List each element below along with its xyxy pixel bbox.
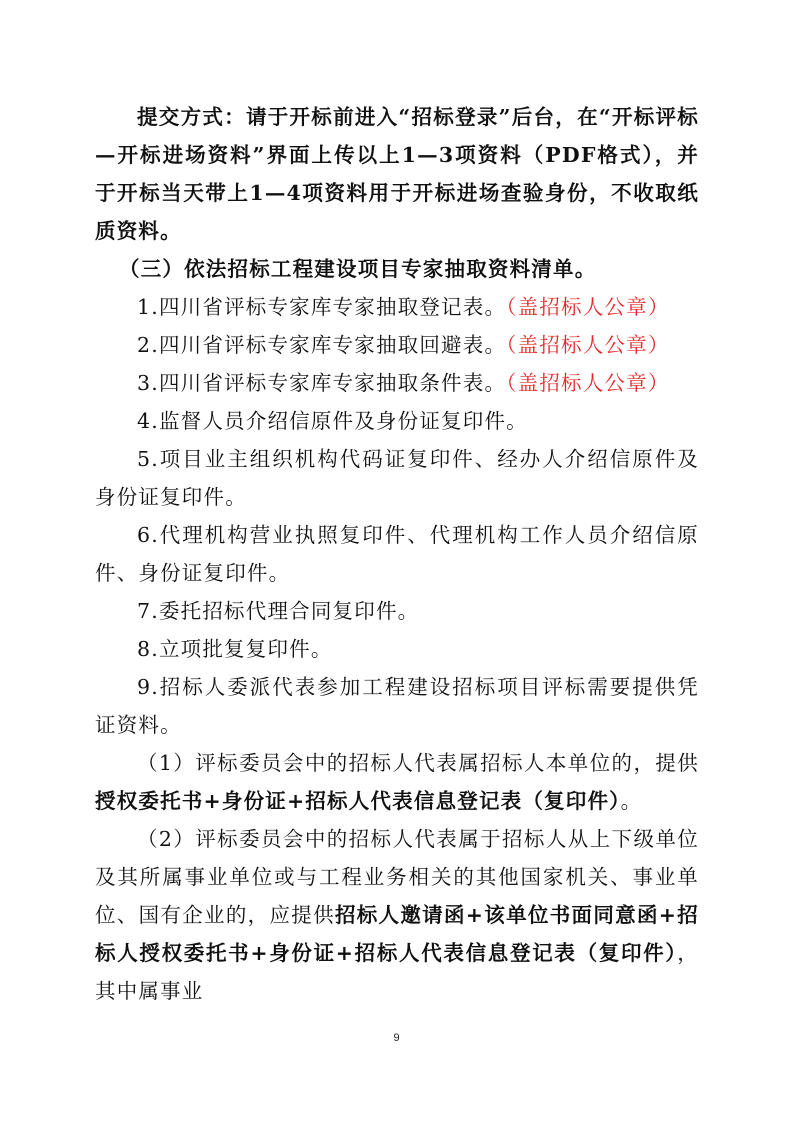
sub-item-1: （1）评标委员会中的招标人代表属招标人本单位的，提供授权委托书+身份证+招标人代…	[95, 744, 699, 820]
stamp-note: （盖招标人公章）	[506, 371, 669, 395]
submission-method-paragraph: 提交方式：请于开标前进入“招标登录”后台，在“开标评标—开标进场资料”界面上传以…	[95, 98, 699, 250]
list-item-6: 6.代理机构营业执照复印件、代理机构工作人员介绍信原件、身份证复印件。	[95, 516, 699, 592]
list-item-text: 2.四川省评标专家库专家抽取回避表。	[137, 333, 506, 357]
list-item-5: 5.项目业主组织机构代码证复印件、经办人介绍信原件及身份证复印件。	[95, 440, 699, 516]
list-item-3: 3.四川省评标专家库专家抽取条件表。（盖招标人公章）	[95, 364, 699, 402]
stamp-note: （盖招标人公章）	[506, 333, 669, 357]
submission-label: 提交方式：	[137, 105, 246, 129]
list-item-text: 1.四川省评标专家库专家抽取登记表。	[137, 295, 506, 319]
list-item-7: 7.委托招标代理合同复印件。	[95, 592, 699, 630]
sub-item-text: （1）评标委员会中的招标人代表属招标人本单位的，提供	[137, 751, 699, 775]
sub-item-2: （2）评标委员会中的招标人代表属于招标人从上下级单位及其所属事业单位或与工程业务…	[95, 820, 699, 1010]
submission-text-2: 项资料（	[454, 143, 545, 167]
list-item-9: 9.招标人委派代表参加工程建设招标项目评标需要提供凭证资料。	[95, 668, 699, 744]
document-page: 提交方式：请于开标前进入“招标登录”后台，在“开标评标—开标进场资料”界面上传以…	[95, 98, 699, 1010]
list-item-8: 8.立项批复复印件。	[95, 630, 699, 668]
submission-range-1: 1—3	[402, 143, 455, 167]
list-item-text: 3.四川省评标专家库专家抽取条件表。	[137, 371, 506, 395]
sub-item-required-docs: 授权委托书+身份证+招标人代表信息登记表（复印件）	[95, 789, 621, 813]
sub-item-tail: 。	[621, 789, 643, 813]
stamp-note: （盖招标人公章）	[506, 295, 669, 319]
list-item-4: 4.监督人员介绍信原件及身份证复印件。	[95, 402, 699, 440]
section-heading: （三）依法招标工程建设项目专家抽取资料清单。	[95, 250, 699, 288]
submission-pdf: PDF	[545, 143, 596, 167]
list-item-2: 2.四川省评标专家库专家抽取回避表。（盖招标人公章）	[95, 326, 699, 364]
page-number: 9	[0, 1032, 793, 1044]
list-item-1: 1.四川省评标专家库专家抽取登记表。（盖招标人公章）	[95, 288, 699, 326]
submission-range-2: 1—4	[249, 181, 302, 205]
